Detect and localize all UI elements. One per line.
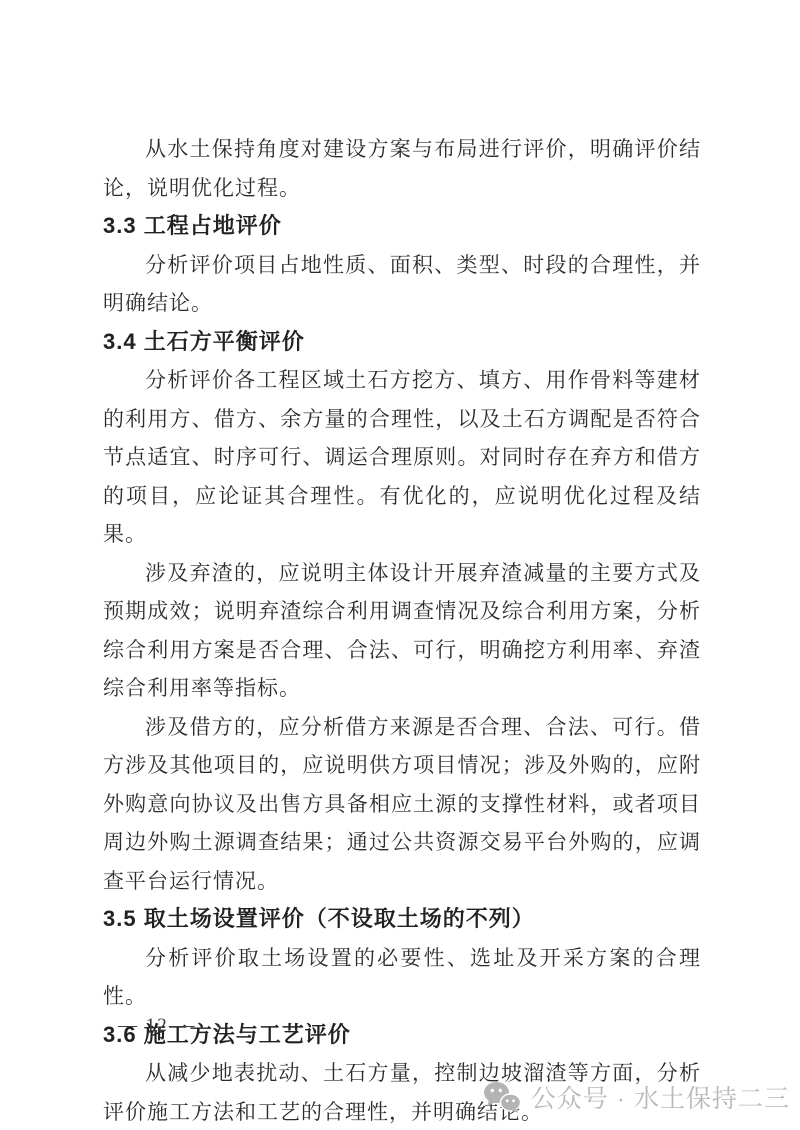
body-paragraph: 涉及弃渣的，应说明主体设计开展弃渣减量的主要方式及预期成效；说明弃渣综合利用调查…	[103, 554, 701, 708]
body-paragraph: 分析评价项目占地性质、面积、类型、时段的合理性，并明确结论。	[103, 246, 701, 323]
body-paragraph: 从水土保持角度对建设方案与布局进行评价，明确评价结论，说明优化过程。	[103, 130, 701, 207]
body-paragraph: 分析评价各工程区域土石方挖方、填方、用作骨料等建材的利用方、借方、余方量的合理性…	[103, 361, 701, 554]
body-paragraph: 分析评价取土场设置的必要性、选址及开采方案的合理性。	[103, 939, 701, 1016]
document-page: 从水土保持角度对建设方案与布局进行评价，明确评价结论，说明优化过程。3.3 工程…	[0, 0, 800, 1130]
watermark-text: 公众号 · 水土保持二三	[531, 1079, 790, 1115]
section-heading: 3.4 土石方平衡评价	[103, 323, 701, 362]
page-number: — 12 —	[118, 1012, 197, 1040]
section-heading: 3.5 取土场设置评价（不设取土场的不列）	[103, 900, 701, 939]
footer-watermark: 公众号 · 水土保持二三	[483, 1079, 790, 1115]
document-body: 从水土保持角度对建设方案与布局进行评价，明确评价结论，说明优化过程。3.3 工程…	[103, 130, 701, 1130]
wechat-icon	[483, 1081, 521, 1113]
body-paragraph: 涉及借方的，应分析借方来源是否合理、合法、可行。借方涉及其他项目的，应说明供方项…	[103, 708, 701, 901]
section-heading: 3.3 工程占地评价	[103, 207, 701, 246]
